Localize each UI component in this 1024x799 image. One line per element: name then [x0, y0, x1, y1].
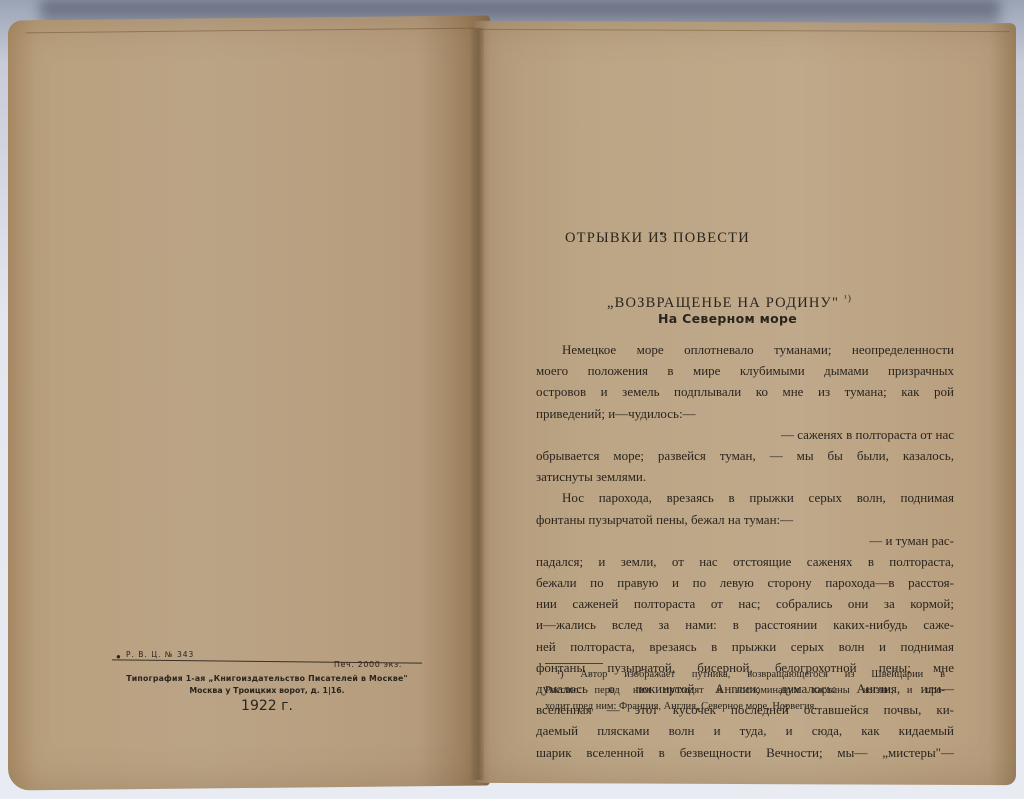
- text-line: бежали по правую и по левую сторону паро…: [536, 572, 954, 593]
- decorative-dot: [660, 232, 663, 235]
- text-line: — и туман рас-: [536, 530, 954, 551]
- text-line: даемый плясками волн и туда, и сюда, как…: [536, 720, 954, 741]
- page-edge: [480, 29, 1010, 36]
- text-line: Немецкое море оплотневало туманами; неоп…: [536, 339, 954, 360]
- text-line: нии саженей полтораста от нас; собрались…: [536, 593, 954, 614]
- text-line: и—жались вслед за нами: в расстоянии как…: [536, 614, 954, 635]
- text-line: затиснуты землями.: [536, 466, 954, 487]
- text-line: островов и земель подплывали ко мне из т…: [536, 381, 954, 402]
- text-line: — саженях в полтораста от нас: [536, 424, 954, 445]
- text-line: Нос парохода, врезаясь в прыжки серых во…: [536, 487, 954, 508]
- imprint-block: Р. В. Ц. № 343 Печ. 2000 экз. Типография…: [112, 650, 422, 714]
- footnote-marker: ¹): [844, 293, 852, 303]
- catalog-number: Р. В. Ц. № 343: [112, 650, 194, 659]
- footnote-line: ¹) Автор изображает путника, возвращающе…: [545, 667, 945, 683]
- text-line: шарик вселенной в безвещности Вечности; …: [536, 742, 954, 763]
- printer-name: Типография 1-ая „Книгоиздательство Писат…: [112, 674, 422, 683]
- text-line: приведений; и—чудилось:—: [536, 403, 954, 424]
- footnote-rule: [545, 663, 603, 664]
- text-line: моего положения в мире клубимыми дымами …: [536, 360, 954, 381]
- book-gutter: [470, 28, 484, 780]
- text-line: падался; и земли, от нас отстоящие сажен…: [536, 551, 954, 572]
- footnote-line: Россию: перед ним проходят в воспоминани…: [545, 683, 945, 699]
- heading-line-1: ОТРЫВКИ ИЗ ПОВЕСТИ: [565, 228, 852, 248]
- publication-year: 1922 г.: [112, 698, 422, 714]
- printer-address: Москва у Троицких ворот, д. 1|16.: [112, 686, 422, 695]
- text-line: обрывается море; развейся туман, — мы бы…: [536, 445, 954, 466]
- text-line: фонтаны пузырчатой пены, бежал на туман:…: [536, 509, 954, 530]
- page-edge: [26, 28, 480, 38]
- heading-line-2: „ВОЗВРАЩЕНЬЕ НА РОДИНУ" ¹): [565, 288, 852, 313]
- imprint-row: Р. В. Ц. № 343: [112, 650, 422, 659]
- section-title: На Северном море: [658, 311, 797, 326]
- text-line: ней полтораста, врезаясь в прыжки серых …: [536, 636, 954, 657]
- footnote-line: ходит пред ним: Франция, Англия, Северно…: [545, 699, 945, 715]
- footnote: ¹) Автор изображает путника, возвращающе…: [545, 667, 945, 715]
